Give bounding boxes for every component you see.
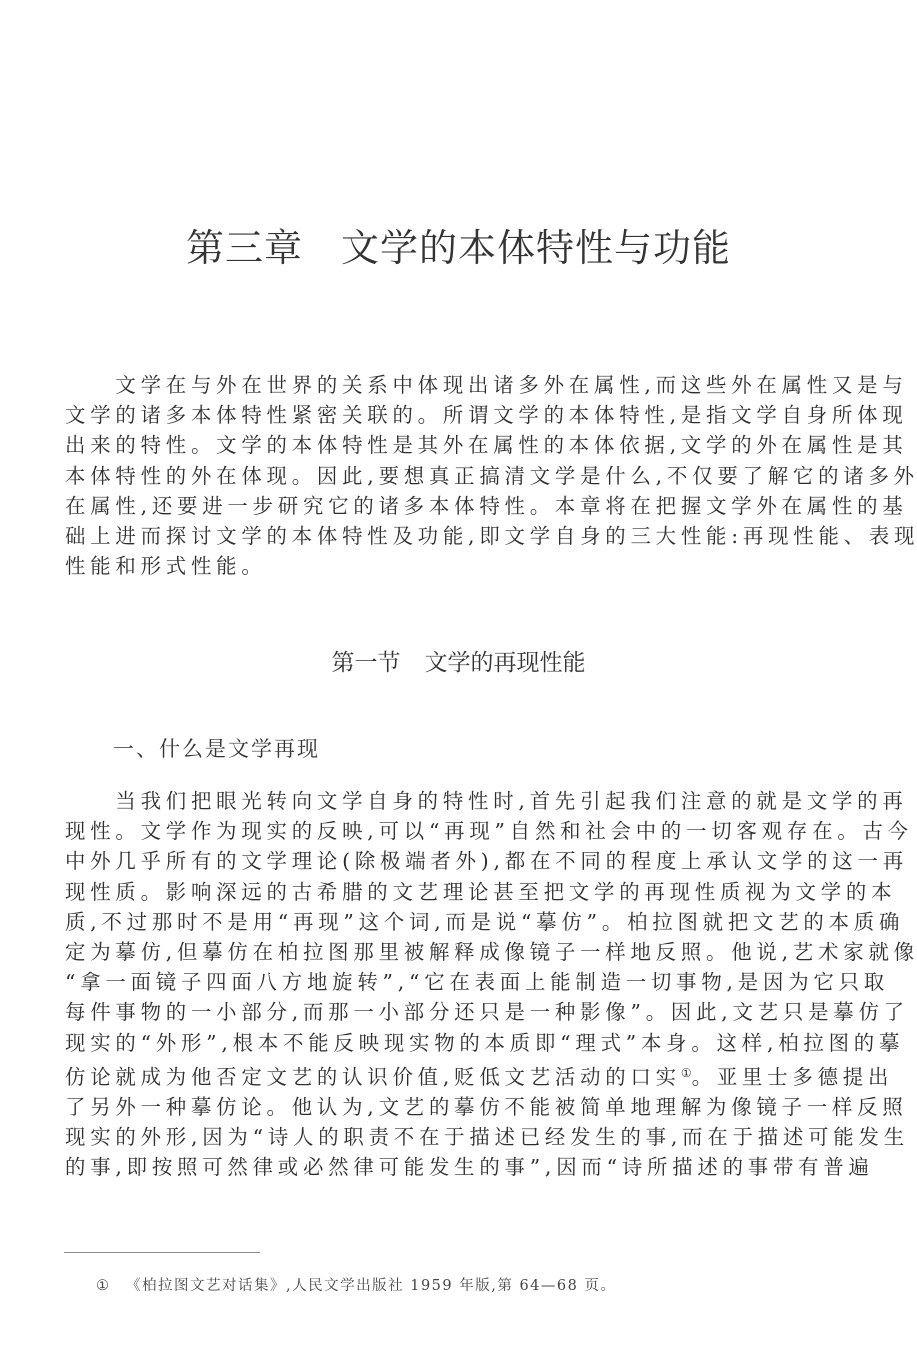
text-line: 在属性,还要进一步研究它的诸多本体特性。本章将在把握文学外在属性的基 <box>65 491 849 521</box>
text-line: 现实的“外形”,根本不能反映现实物的本质即“理式”本身。这样,柏拉图的摹 <box>65 1028 849 1058</box>
chapter-name: 文学的本体特性与功能 <box>341 226 731 270</box>
section-number: 第一节 <box>332 650 401 676</box>
text-line: 了另外一种摹仿论。他认为,文艺的摹仿不能被简单地理解为像镜子一样反照 <box>65 1092 849 1122</box>
footnote-marker: ① <box>96 1275 126 1297</box>
text-line: “拿一面镜子四面八方地旋转”,“它在表面上能制造一切事物,是因为它只取 <box>65 967 849 997</box>
text-segment: 。亚里士多德提出 <box>692 1065 894 1089</box>
text-line: 性能和形式性能。 <box>65 551 849 581</box>
text-line: 质,不过那时不是用“再现”这个词,而是说“摹仿”。柏拉图就把文艺的本质确 <box>65 907 849 937</box>
text-line: 现实的外形,因为“诗人的职责不在于描述已经发生的事,而在于描述可能发生 <box>65 1122 849 1152</box>
section-title: 第一节文学的再现性能 <box>0 647 917 679</box>
text-line: 现性。文学作为现实的反映,可以“再现”自然和社会中的一切客观存在。古今 <box>65 816 849 846</box>
section-name: 文学的再现性能 <box>425 650 586 676</box>
text-line: 现性质。影响深远的古希腊的文艺理论甚至把文学的再现性质视为文学的本 <box>65 877 849 907</box>
text-line-with-footnote: 仿论就成为他否定文艺的认识价值,贬低文艺活动的口实①。亚里士多德提出 <box>65 1058 849 1092</box>
text-line: 础上进而探讨文学的本体特性及功能,即文学自身的三大性能:再现性能、表现 <box>65 521 849 551</box>
footnote-divider <box>64 1252 260 1253</box>
intro-paragraph: 文学在与外在世界的关系中体现出诸多外在属性,而这些外在属性又是与 文学的诸多本体… <box>65 370 849 581</box>
text-segment: 仿论就成为他否定文艺的认识价值,贬低文艺活动的口实 <box>65 1065 681 1089</box>
text-line: 定为摹仿,但摹仿在柏拉图那里被解释成像镜子一样地反照。他说,艺术家就像 <box>65 937 849 967</box>
text-line: 每件事物的一小部分,而那一小部分还只是一种影像”。因此,文艺只是摹仿了 <box>65 997 849 1027</box>
footnote: ①《柏拉图文艺对话集》,人民文学出版社 1959 年版,第 64—68 页。 <box>96 1275 616 1297</box>
footnote-text: 《柏拉图文艺对话集》,人民文学出版社 1959 年版,第 64—68 页。 <box>126 1278 616 1294</box>
text-line: 中外几乎所有的文学理论(除极端者外),都在不同的程度上承认文学的这一再 <box>65 846 849 876</box>
text-line: 文学在与外在世界的关系中体现出诸多外在属性,而这些外在属性又是与 <box>65 370 849 400</box>
text-line: 本体特性的外在体现。因此,要想真正搞清文学是什么,不仅要了解它的诸多外 <box>65 461 849 491</box>
text-line: 出来的特性。文学的本体特性是其外在属性的本体依据,文学的外在属性是其 <box>65 430 849 460</box>
chapter-number: 第三章 <box>186 226 303 270</box>
footnote-reference[interactable]: ① <box>681 1066 692 1080</box>
text-line: 当我们把眼光转向文学自身的特性时,首先引起我们注意的就是文学的再 <box>65 786 849 816</box>
chapter-title: 第三章文学的本体特性与功能 <box>0 222 917 274</box>
text-line: 文学的诸多本体特性紧密关联的。所谓文学的本体特性,是指文学自身所体现 <box>65 400 849 430</box>
text-line: 的事,即按照可然律或必然律可能发生的事”,因而“诗所描述的事带有普遍 <box>65 1152 849 1182</box>
subsection-title: 一、什么是文学再现 <box>113 734 320 764</box>
body-paragraph: 当我们把眼光转向文学自身的特性时,首先引起我们注意的就是文学的再 现性。文学作为… <box>65 786 849 1183</box>
